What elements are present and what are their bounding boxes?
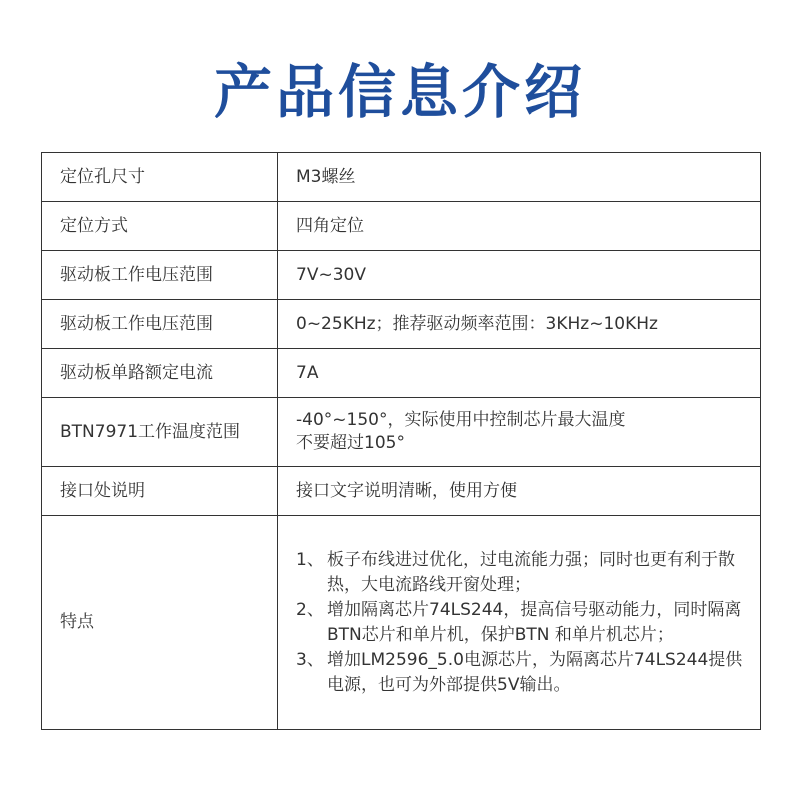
row-value: 1、 板子布线进过优化，过电流能力强；同时也更有利于散热，大电流路线开窗处理； … bbox=[278, 516, 761, 730]
row-label: 特点 bbox=[42, 516, 278, 730]
product-spec-table: 定位孔尺寸 M3螺丝 定位方式 四角定位 驱动板工作电压范围 7V~30V 驱动… bbox=[41, 152, 761, 730]
value-line: -40°~150°，实际使用中控制芯片最大温度 bbox=[296, 409, 760, 432]
row-value: M3螺丝 bbox=[278, 153, 761, 202]
value-line: 不要超过105° bbox=[296, 432, 760, 455]
row-value: 四角定位 bbox=[278, 202, 761, 251]
row-value: 7A bbox=[278, 349, 761, 398]
row-value: 7V~30V bbox=[278, 251, 761, 300]
row-label: 驱动板工作电压范围 bbox=[42, 251, 278, 300]
table-row-frequency-range: 驱动板工作电压范围 0~25KHz；推荐驱动频率范围：3KHz~10KHz bbox=[42, 300, 761, 349]
feature-text: 板子布线进过优化，过电流能力强；同时也更有利于散热，大电流路线开窗处理； bbox=[327, 550, 735, 595]
row-label: BTN7971工作温度范围 bbox=[42, 398, 278, 467]
table-row-interface-description: 接口处说明 接口文字说明清晰，使用方便 bbox=[42, 467, 761, 516]
feature-item: 1、 板子布线进过优化，过电流能力强；同时也更有利于散热，大电流路线开窗处理； bbox=[296, 548, 760, 598]
table-row-features: 特点 1、 板子布线进过优化，过电流能力强；同时也更有利于散热，大电流路线开窗处… bbox=[42, 516, 761, 730]
feature-number: 3、 bbox=[296, 648, 324, 673]
row-label: 定位方式 bbox=[42, 202, 278, 251]
row-value: -40°~150°，实际使用中控制芯片最大温度 不要超过105° bbox=[278, 398, 761, 467]
table-row-mounting-hole-size: 定位孔尺寸 M3螺丝 bbox=[42, 153, 761, 202]
row-label: 定位孔尺寸 bbox=[42, 153, 278, 202]
row-label: 接口处说明 bbox=[42, 467, 278, 516]
feature-number: 2、 bbox=[296, 598, 324, 623]
row-value: 接口文字说明清晰，使用方便 bbox=[278, 467, 761, 516]
table-row-mounting-method: 定位方式 四角定位 bbox=[42, 202, 761, 251]
feature-list: 1、 板子布线进过优化，过电流能力强；同时也更有利于散热，大电流路线开窗处理； … bbox=[296, 548, 760, 698]
feature-text: 增加LM2596_5.0电源芯片，为隔离芯片74LS244提供电源，也可为外部提… bbox=[327, 650, 742, 695]
table-row-rated-current: 驱动板单路额定电流 7A bbox=[42, 349, 761, 398]
feature-text: 增加隔离芯片74LS244，提高信号驱动能力，同时隔离BTN芯片和单片机，保护B… bbox=[327, 600, 741, 645]
page-title: 产品信息介绍 bbox=[0, 52, 800, 132]
feature-item: 2、 增加隔离芯片74LS244，提高信号驱动能力，同时隔离BTN芯片和单片机，… bbox=[296, 598, 760, 648]
feature-item: 3、 增加LM2596_5.0电源芯片，为隔离芯片74LS244提供电源，也可为… bbox=[296, 648, 760, 698]
table-row-temperature-range: BTN7971工作温度范围 -40°~150°，实际使用中控制芯片最大温度 不要… bbox=[42, 398, 761, 467]
feature-number: 1、 bbox=[296, 548, 324, 573]
row-value: 0~25KHz；推荐驱动频率范围：3KHz~10KHz bbox=[278, 300, 761, 349]
row-label: 驱动板工作电压范围 bbox=[42, 300, 278, 349]
row-label: 驱动板单路额定电流 bbox=[42, 349, 278, 398]
table-row-working-voltage: 驱动板工作电压范围 7V~30V bbox=[42, 251, 761, 300]
